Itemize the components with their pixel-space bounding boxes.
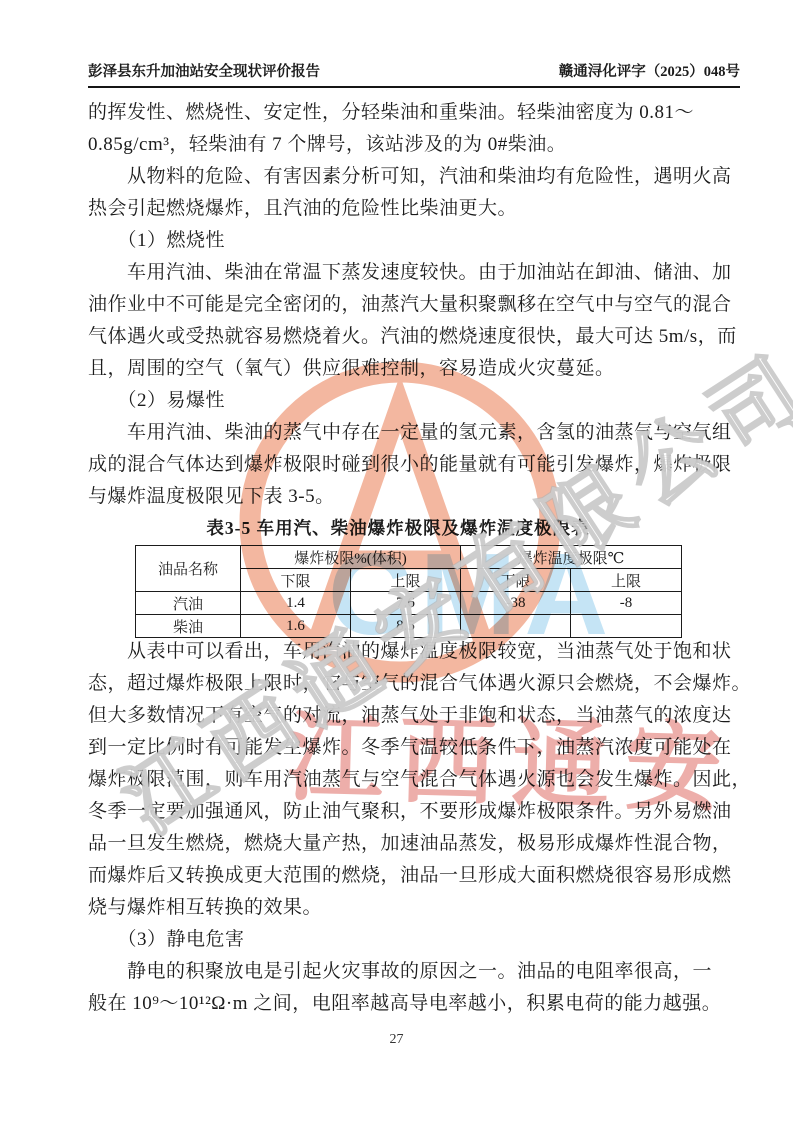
text-line: 但大多数情况下有空气的对流，油蒸气处于非饱和状态，当油蒸气的浓度达 bbox=[88, 700, 708, 732]
section-heading-static-hazard: （3）静电危害 bbox=[88, 924, 708, 956]
col-group-temp-limit: 爆炸温度极限℃ bbox=[461, 546, 682, 569]
text-line: 热会引起燃烧爆炸，且汽油的危险性比柴油更大。 bbox=[88, 193, 708, 225]
text-line: 气体遇火或受热就容易燃烧着火。汽油的燃烧速度很快，最大可达 5m/s，而 bbox=[88, 321, 708, 353]
section-heading-explosiveness: （2）易爆性 bbox=[88, 385, 708, 417]
table-row-diesel: 柴油 1.6 8.5 bbox=[136, 615, 682, 638]
cell-value: -8 bbox=[571, 592, 682, 615]
cell-value: 7.6 bbox=[351, 592, 461, 615]
cell-product-name: 柴油 bbox=[136, 615, 241, 638]
cell-value: 1.4 bbox=[241, 592, 351, 615]
text-line: 成的混合气体达到爆炸极限时碰到很小的能量就有可能引发爆炸，爆炸极限 bbox=[88, 449, 708, 481]
section-heading-flammability: （1）燃烧性 bbox=[88, 225, 708, 257]
text-line: 爆炸极限范围，则车用汽油蒸气与空气混合气体遇火源也会发生爆炸。因此， bbox=[88, 764, 708, 796]
body-text-upper: 的挥发性、燃烧性、安定性，分轻柴油和重柴油。轻柴油密度为 0.81～ 0.85g… bbox=[88, 97, 708, 513]
cell-product-name: 汽油 bbox=[136, 592, 241, 615]
text-line: 而爆炸后又转换成更大范围的燃烧，油品一旦形成大面积燃烧很容易形成燃 bbox=[88, 860, 708, 892]
page-header: 彭泽县东升加油站安全现状评价报告 赣通浔化评字（2025）048号 bbox=[88, 60, 740, 88]
col-header-product: 油品名称 bbox=[136, 546, 241, 592]
subheader-upper-limit: 上限 bbox=[571, 569, 682, 592]
text-line: 油作业中不可能是完全密闭的，油蒸汽大量积聚飘移在空气中与空气的混合 bbox=[88, 289, 708, 321]
text-line: 车用汽油、柴油的蒸气中存在一定量的氢元素，含氢的油蒸气与空气组 bbox=[88, 417, 708, 449]
subheader-lower-limit: 下限 bbox=[461, 569, 571, 592]
explosion-limits-table: 油品名称 爆炸极限%(体积) 爆炸温度极限℃ 下限 上限 下限 上限 汽油 1.… bbox=[135, 545, 682, 638]
col-group-explosion-limit: 爆炸极限%(体积) bbox=[241, 546, 461, 569]
document-page: 彭泽县东升加油站安全现状评价报告 赣通浔化评字（2025）048号 的挥发性、燃… bbox=[0, 0, 793, 1122]
cell-value: 8.5 bbox=[351, 615, 461, 638]
text-line: 且，周围的空气（氧气）供应很难控制，容易造成火灾蔓延。 bbox=[88, 353, 708, 385]
text-line: 冬季一定要加强通风，防止油气聚积，不要形成爆炸极限条件。另外易燃油 bbox=[88, 796, 708, 828]
subheader-upper-limit: 上限 bbox=[351, 569, 461, 592]
text-line: 从表中可以看出，车用汽油的爆炸温度极限较宽，当油蒸气处于饱和状 bbox=[88, 636, 708, 668]
page-number: 27 bbox=[0, 1032, 793, 1048]
text-line: 车用汽油、柴油在常温下蒸发速度较快。由于加油站在卸油、储油、加 bbox=[88, 257, 708, 289]
text-line: 烧与爆炸相互转换的效果。 bbox=[88, 892, 708, 924]
cell-value bbox=[461, 615, 571, 638]
text-line: 品一旦发生燃烧，燃烧大量产热，加速油品蒸发，极易形成爆炸性混合物， bbox=[88, 828, 708, 860]
table-row-gasoline: 汽油 1.4 7.6 -38 -8 bbox=[136, 592, 682, 615]
text-line: 到一定比例时有可能发生爆炸。冬季气温较低条件下，油蒸汽浓度可能处在 bbox=[88, 732, 708, 764]
cell-value: 1.6 bbox=[241, 615, 351, 638]
header-report-title: 彭泽县东升加油站安全现状评价报告 bbox=[88, 60, 320, 81]
subheader-lower-limit: 下限 bbox=[241, 569, 351, 592]
text-line: 态，超过爆炸极限上限时，它与空气的混合气体遇火源只会燃烧，不会爆炸。 bbox=[88, 668, 708, 700]
text-line: 从物料的危险、有害因素分析可知，汽油和柴油均有危险性，遇明火高 bbox=[88, 161, 708, 193]
text-line: 与爆炸温度极限见下表 3-5。 bbox=[88, 481, 708, 513]
cell-value bbox=[571, 615, 682, 638]
body-text-lower: 从表中可以看出，车用汽油的爆炸温度极限较宽，当油蒸气处于饱和状 态，超过爆炸极限… bbox=[88, 636, 708, 1020]
table-header-group-row: 油品名称 爆炸极限%(体积) 爆炸温度极限℃ bbox=[136, 546, 682, 569]
text-line: 般在 10⁹～10¹²Ω·m 之间，电阻率越高导电率越小，积累电荷的能力越强。 bbox=[88, 988, 708, 1020]
header-document-number: 赣通浔化评字（2025）048号 bbox=[559, 60, 740, 81]
text-line: 静电的积聚放电是引起火灾事故的原因之一。油品的电阻率很高，一 bbox=[88, 956, 708, 988]
cell-value: -38 bbox=[461, 592, 571, 615]
table-title: 表3-5 车用汽、柴油爆炸极限及爆炸温度极限表 bbox=[88, 513, 708, 543]
text-line: 0.85g/cm³，轻柴油有 7 个牌号，该站涉及的为 0#柴油。 bbox=[88, 129, 708, 161]
text-line: 的挥发性、燃烧性、安定性，分轻柴油和重柴油。轻柴油密度为 0.81～ bbox=[88, 97, 708, 129]
